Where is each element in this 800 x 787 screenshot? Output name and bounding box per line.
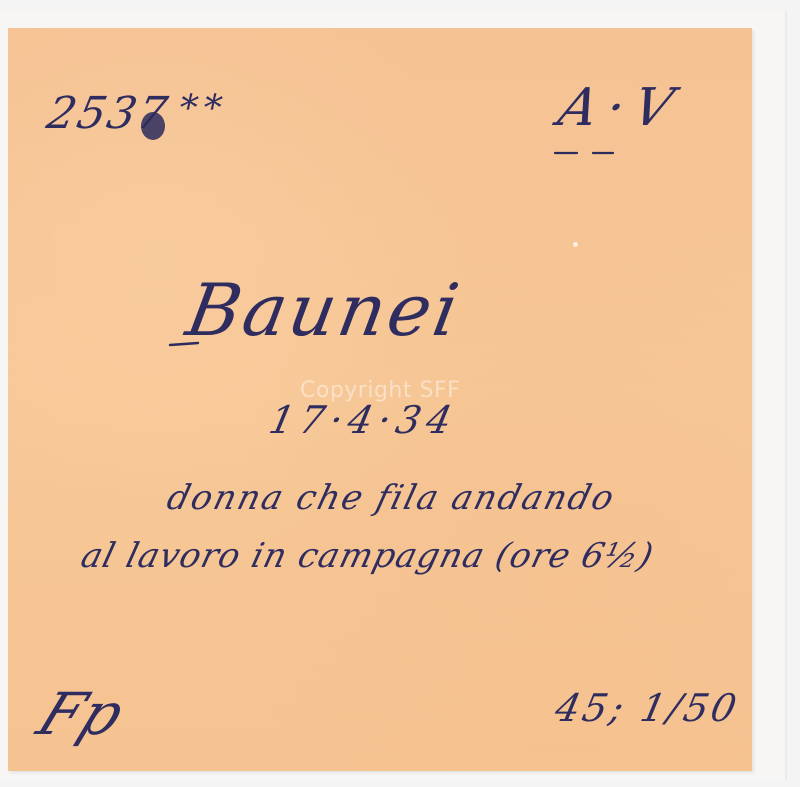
place-underline xyxy=(168,341,208,351)
exposure-setting: 45; 1/50 xyxy=(551,686,743,730)
initials-underline xyxy=(553,150,633,160)
date: 17·4·34 xyxy=(265,398,461,442)
caption-line-2: al lavoro in campagna (ore 6½) xyxy=(77,536,658,576)
signature: Fp xyxy=(28,680,135,748)
catalog-number: 2537** xyxy=(43,88,232,139)
initials: A·V xyxy=(553,78,690,138)
place-name: Baunei xyxy=(181,268,468,352)
paper-speck xyxy=(573,242,578,247)
catalog-stars: ** xyxy=(175,88,232,129)
caption-line-1: donna che fila andando xyxy=(163,478,620,518)
ink-blot xyxy=(141,112,165,140)
archive-card: 2537** A·V Baunei Copyright SFF 17·4·34 … xyxy=(8,28,752,771)
